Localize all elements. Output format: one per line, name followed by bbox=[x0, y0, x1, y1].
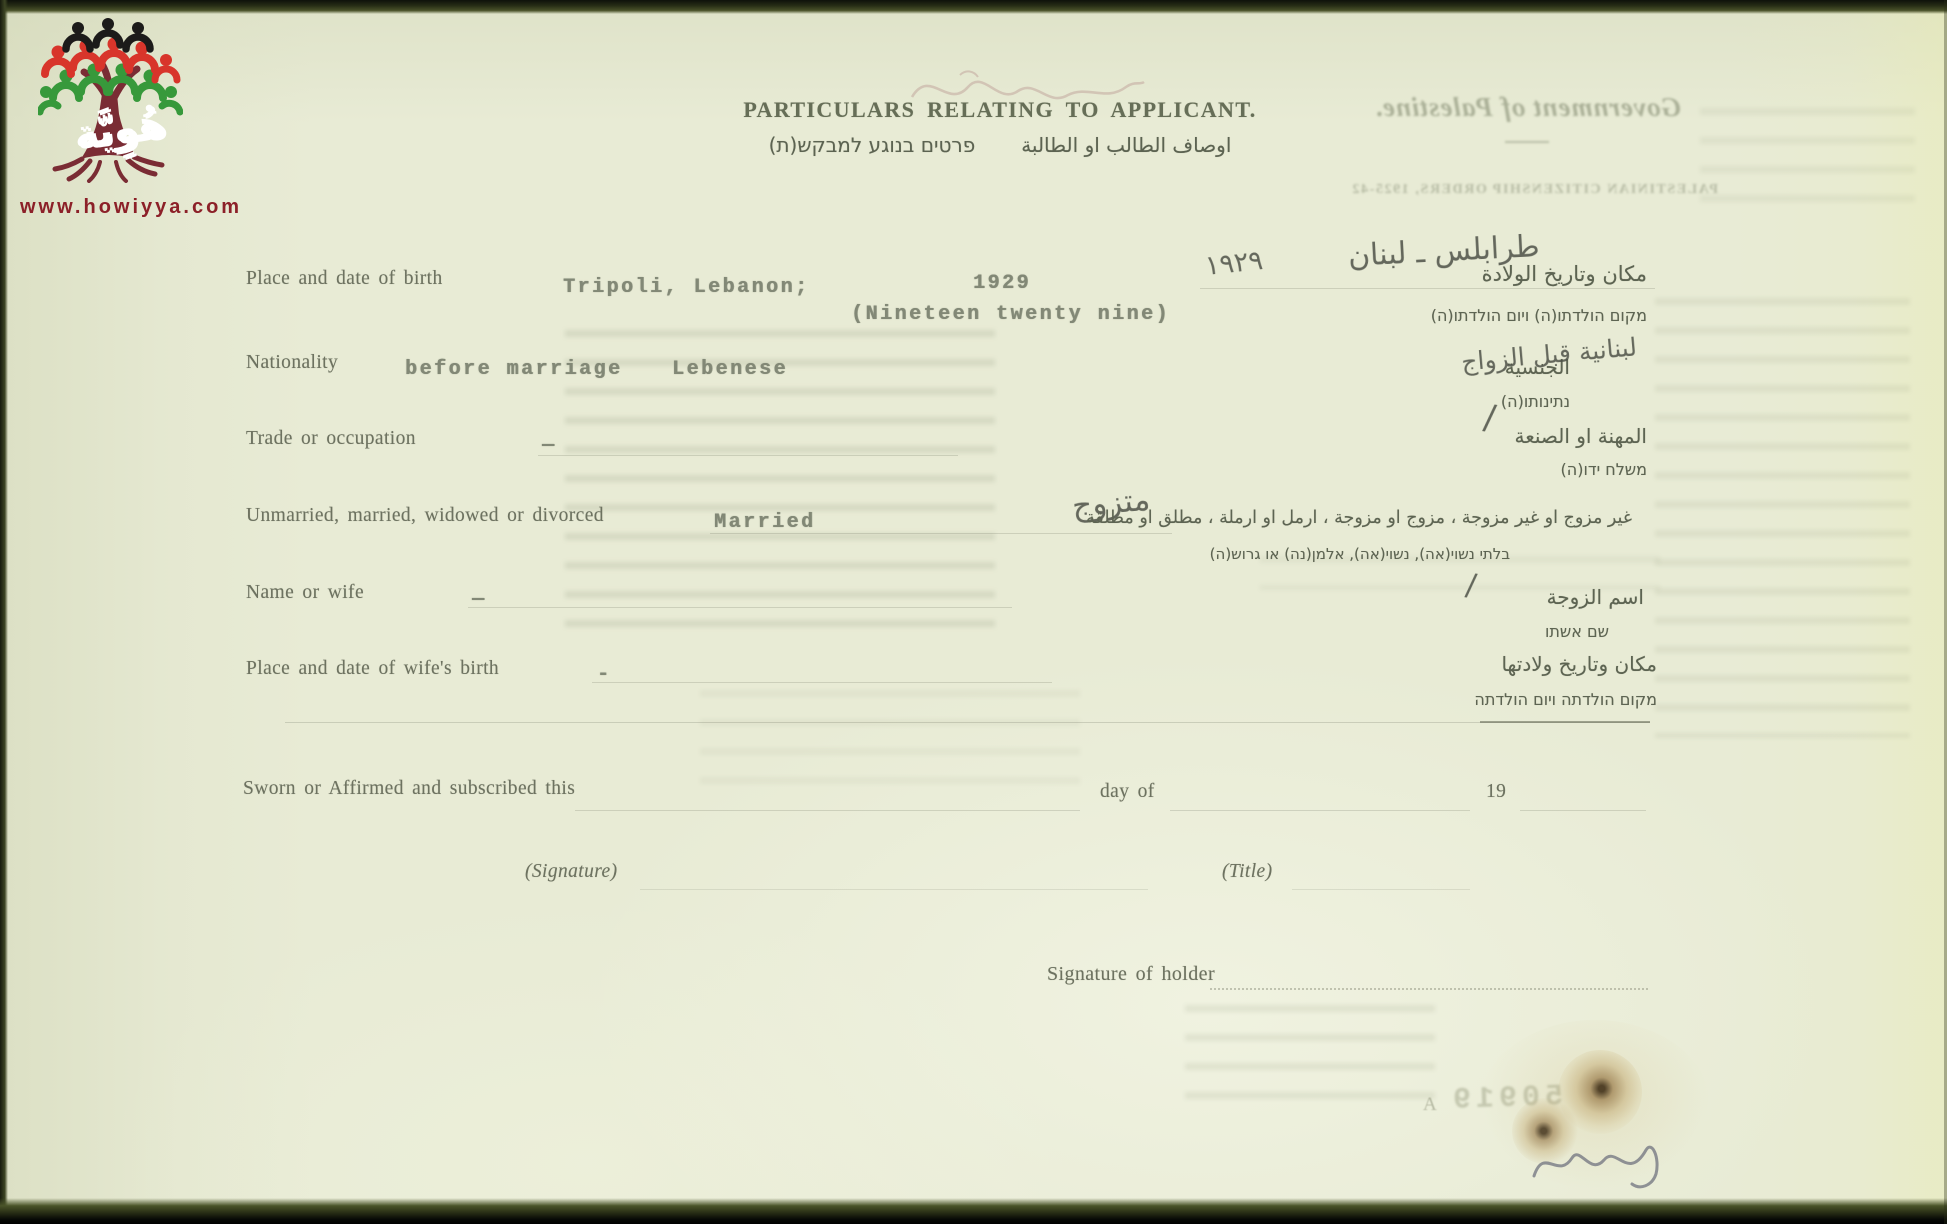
form-title-english: PARTICULARS RELATING TO APPLICANT. bbox=[600, 97, 1400, 123]
entry-line bbox=[710, 533, 1172, 534]
scanned-document-page: { "watermark": { "site": "www.howiyya.co… bbox=[0, 0, 1947, 1224]
handwritten-slash-wife: / bbox=[1464, 567, 1479, 603]
handwritten-year-of-birth: ١٩٢٩ bbox=[1204, 245, 1265, 282]
typed-year-of-birth: 1929 bbox=[973, 272, 1031, 295]
field-label-wife-birth: Place and date of wife's birth bbox=[246, 658, 499, 680]
typed-place-of-birth: Tripoli, Lebanon; bbox=[563, 276, 810, 299]
bleed-through-text bbox=[700, 690, 1080, 802]
field-label-nationality: Nationality bbox=[246, 352, 338, 374]
day-of-label: day of bbox=[1100, 781, 1155, 803]
ghost-serial-number: 50919 bbox=[1447, 1080, 1563, 1118]
bleed-through-text bbox=[1700, 108, 1915, 213]
field-label-hebrew-wife-birth: מקום הולדתה ויום הולדתה bbox=[1474, 690, 1657, 709]
signature-of-holder-line bbox=[1210, 988, 1648, 990]
field-label-arabic-trade: المهنة او الصنعة bbox=[1514, 424, 1647, 448]
bleed-through-text bbox=[1655, 298, 1910, 738]
entry-line bbox=[592, 682, 1052, 683]
field-label-place-date-of-birth: Place and date of birth bbox=[246, 268, 443, 290]
entry-line bbox=[538, 455, 958, 456]
field-label-arabic-marital: غير مزوج او غير مزوجة ، مزوج او مزوجة ، … bbox=[1086, 508, 1632, 528]
blank-line-month bbox=[1170, 810, 1470, 811]
form-title-bilingual: اوصاف الطالب او الطالبة פרטים בנוגע למבק… bbox=[600, 133, 1400, 157]
ghost-government-heading: Government of Palestine. bbox=[1355, 92, 1700, 123]
watermark-url: www.howiyya.com bbox=[20, 196, 242, 219]
signature-label: (Signature) bbox=[525, 861, 618, 883]
field-label-hebrew-wife-name: שם אשתו bbox=[1545, 622, 1609, 641]
field-label-trade: Trade or occupation bbox=[246, 428, 416, 450]
field-label-hebrew-marital: בלתי נשוי(אה), נשוי(אה), אלמן(נה) או גרו… bbox=[1210, 545, 1510, 563]
sworn-affirmed-label: Sworn or Affirmed and subscribed this bbox=[243, 778, 575, 800]
field-label-hebrew-birth: מקום הולדתו(ה) ויום הולדתו(ה) bbox=[1431, 306, 1647, 325]
entry-line bbox=[468, 607, 1012, 608]
typed-marital-status: Married bbox=[714, 511, 816, 534]
blank-line-date bbox=[575, 810, 1080, 811]
signature-line bbox=[640, 889, 1148, 890]
ghost-letter-a: A bbox=[1423, 1094, 1437, 1116]
ghost-orders-heading: PALESTINIAN CITIZENSHIP ORDERS, 1925-42 bbox=[1358, 182, 1718, 198]
paper-texture bbox=[0, 0, 1947, 1224]
form-title-hebrew: פרטים בנוגע למבקש(ת) bbox=[769, 133, 976, 157]
year-prefix: 19 bbox=[1486, 781, 1506, 803]
typed-trade-dash: — bbox=[542, 434, 557, 457]
scan-edge-bottom bbox=[0, 1198, 1947, 1224]
field-label-hebrew-trade: משלח ידו(ה) bbox=[1561, 460, 1647, 479]
field-label-name-of-wife: Name or wife bbox=[246, 582, 364, 604]
field-label-marital-status: Unmarried, married, widowed or divorced bbox=[246, 505, 604, 527]
ghost-heading-rule bbox=[1505, 141, 1549, 143]
scan-edge-top bbox=[0, 0, 1947, 14]
bleed-through-text bbox=[1185, 1005, 1435, 1100]
field-label-arabic-wife-name: اسم الزوجة bbox=[1547, 585, 1644, 609]
scan-edge-left bbox=[0, 0, 8, 1224]
howiyya-logo: هُوِيَّة هُوِيَّة bbox=[38, 18, 183, 183]
entry-line bbox=[1200, 288, 1655, 289]
pencil-squiggle bbox=[1520, 1118, 1670, 1203]
section-divider bbox=[285, 722, 1650, 723]
signature-of-holder-label: Signature of holder bbox=[1047, 963, 1215, 986]
typed-nationality-prefix: before marriage bbox=[405, 358, 623, 381]
title-line bbox=[1292, 889, 1470, 890]
field-label-hebrew-nationality: נתינותו(ה) bbox=[1501, 392, 1570, 411]
form-title-arabic: اوصاف الطالب او الطالبة bbox=[1021, 133, 1231, 157]
section-divider-heavy bbox=[1480, 721, 1650, 723]
title-label: (Title) bbox=[1222, 861, 1272, 883]
handwritten-slash-trade: / bbox=[1481, 397, 1498, 438]
logo-calligraphy: هُوِيَّة هُوِيَّة bbox=[71, 99, 172, 167]
blank-line-year bbox=[1520, 810, 1646, 811]
typed-year-in-words: (Nineteen twenty nine) bbox=[851, 303, 1170, 326]
typed-nationality-value: Lebenese bbox=[672, 358, 788, 381]
field-label-arabic-wife-birth: مكان وتاريخ ولادتها bbox=[1501, 652, 1657, 676]
